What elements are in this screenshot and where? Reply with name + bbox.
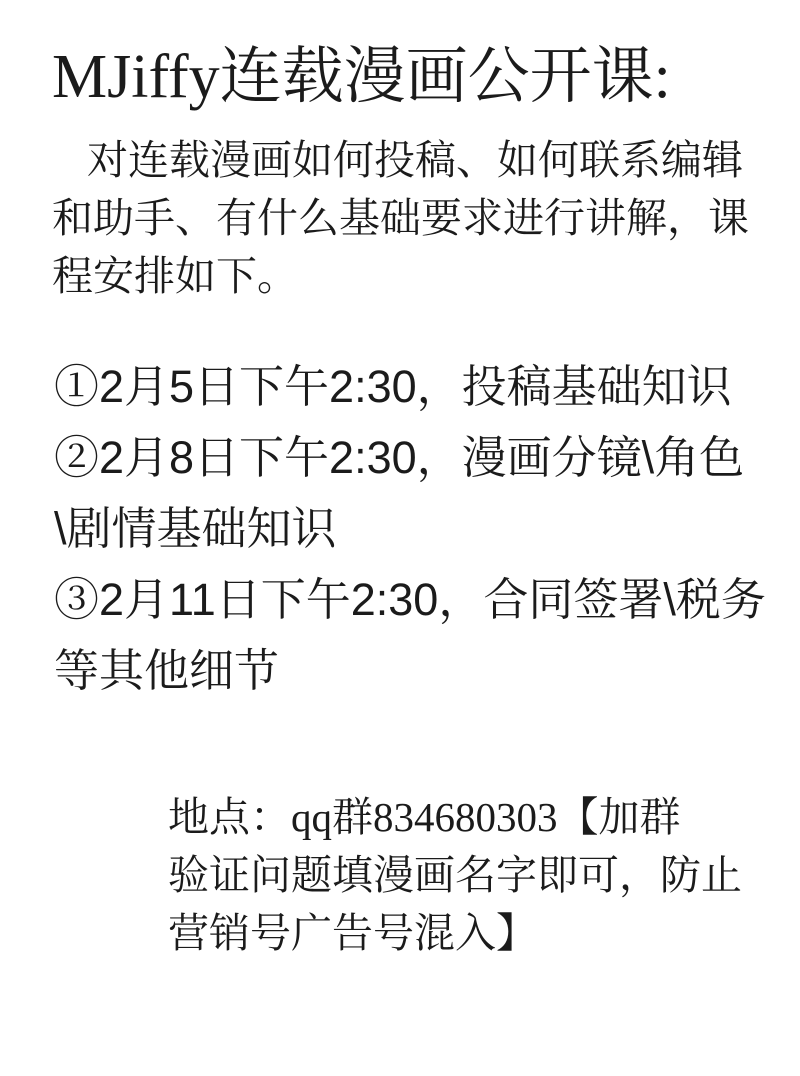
schedule-item-3: ③2月11日下午2:30，合同签署\税务 等其他细节 bbox=[54, 564, 790, 706]
schedule-item-1: ①2月5日下午2:30，投稿基础知识 bbox=[54, 351, 790, 422]
announcement-page: MJiffy连载漫画公开课: 对连载漫画如何投稿、如何联系编辑 和助手、有什么基… bbox=[0, 0, 800, 1076]
location-note: 地点：qq群834680303【加群 验证问题填漫画名字即可，防止 营销号广告号… bbox=[168, 788, 788, 962]
schedule-item-2: ②2月8日下午2:30，漫画分镜\角色 \剧情基础知识 bbox=[54, 422, 790, 564]
schedule-list: ①2月5日下午2:30，投稿基础知识 ②2月8日下午2:30，漫画分镜\角色 \… bbox=[54, 351, 790, 706]
intro-paragraph: 对连载漫画如何投稿、如何联系编辑 和助手、有什么基础要求进行讲解，课 程安排如下… bbox=[52, 131, 768, 305]
announcement-title: MJiffy连载漫画公开课: bbox=[52, 42, 782, 113]
